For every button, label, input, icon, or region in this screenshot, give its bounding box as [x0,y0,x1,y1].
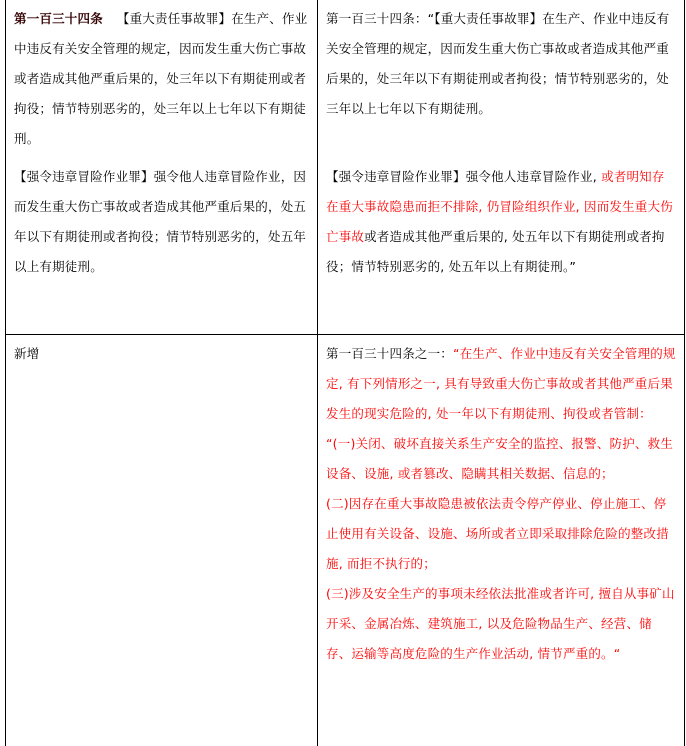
new-text-cell: 第一百三十四条之一：“在生产、作业中违反有关安全管理的规定, 有下列情形之一, … [318,335,685,746]
new-article-text: 【强令违章冒险作业罪】强令他人违章冒险作业, [326,169,601,184]
table-row: 第一百三十四条【重大责任事故罪】在生产、作业中违反有关安全管理的规定，因而发生重… [6,0,685,335]
old-article-body: 【重大责任事故罪】在生产、作业中违反有关安全管理的规定，因而发生重大伤亡事故或者… [14,11,307,146]
old-text-cell: 新增 [6,335,318,746]
article-item-1: “(一)关闭、破坏直接关系生产安全的监控、报警、防护、救生设备、设施, 或者篡改… [326,429,676,489]
new-article-paragraph-2: 【强令违章冒险作业罪】强令他人违章冒险作业, 或者明知存在重大事故隐患而拒不排除… [326,162,676,282]
article-title: 第一百三十四条 [14,11,103,26]
article-item-2: (二)因存在重大事故隐患被依法责令停产停业、停止施工、停止使用有关设备、设施、场… [326,489,676,579]
article-item-3: (三)涉及安全生产的事项未经依法批准或者许可, 擅自从事矿山开采、金属冶炼、建筑… [326,579,676,669]
law-comparison-table: 第一百三十四条【重大责任事故罪】在生产、作业中违反有关安全管理的规定，因而发生重… [5,0,685,746]
article-lead: 第一百三十四条之一： [326,346,453,361]
old-article-paragraph-2: 【强令违章冒险作业罪】强令他人违章冒险作业，因而发生重大伤亡事故或者造成其他严重… [14,162,309,282]
old-article-paragraph: 第一百三十四条【重大责任事故罪】在生产、作业中违反有关安全管理的规定，因而发生重… [14,0,309,154]
table-row: 新增 第一百三十四条之一：“在生产、作业中违反有关安全管理的规定, 有下列情形之… [6,335,685,746]
new-article-intro: 第一百三十四条之一：“在生产、作业中违反有关安全管理的规定, 有下列情形之一, … [326,335,676,429]
new-article-text: 或者造成其他严重后果的, 处五年以下有期徒刑或者拘役；情节特别恶劣的, 处五年以… [326,229,665,274]
new-added-label: 新增 [14,335,309,369]
old-text-cell: 第一百三十四条【重大责任事故罪】在生产、作业中违反有关安全管理的规定，因而发生重… [6,0,318,335]
new-text-cell: 第一百三十四条：“【重大责任事故罪】在生产、作业中违反有关安全管理的规定，因而发… [318,0,685,335]
new-article-paragraph: 第一百三十四条：“【重大责任事故罪】在生产、作业中违反有关安全管理的规定，因而发… [326,0,676,124]
